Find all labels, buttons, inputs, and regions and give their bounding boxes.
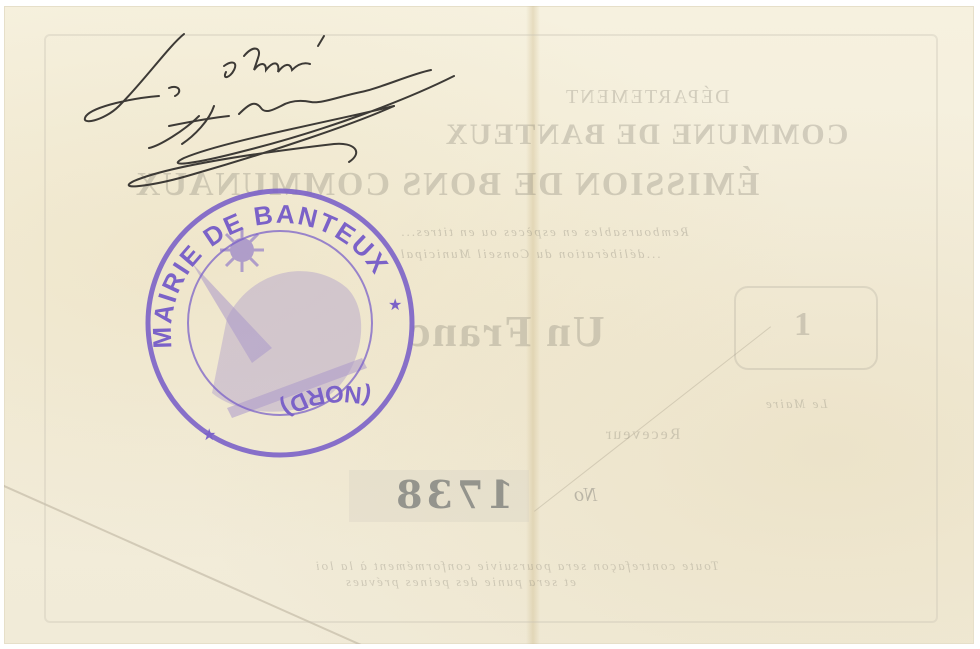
- value-digit: 1: [794, 306, 811, 344]
- banknote-reverse: DÉPARTEMENT COMMUNE DE BANTEUX ÉMISSION …: [4, 6, 974, 644]
- show-through-footer-a: Toute contrefaçon sera poursuivie confor…: [314, 558, 719, 574]
- svg-text:★: ★: [388, 297, 402, 314]
- show-through-footer-b: et sera punie des peines prévues: [344, 574, 576, 590]
- handwritten-signature-icon: [74, 26, 474, 196]
- show-through-denomination: Un Franc: [409, 306, 605, 357]
- serial-prefix: No: [574, 484, 597, 507]
- serial-number: 1738: [392, 472, 514, 517]
- show-through-line-b: ...délibération du Conseil Municipal: [399, 246, 660, 262]
- show-through-maire: Le Maire: [764, 396, 828, 412]
- show-through-commune: COMMUNE DE BANTEUX: [444, 118, 848, 152]
- show-through-line-a: Remboursables en espèces ou en titres...: [399, 224, 689, 240]
- mairie-stamp-icon: MAIRIE DE BANTEUX (NORD) ★ ★: [132, 178, 428, 468]
- svg-text:★: ★: [202, 427, 216, 444]
- show-through-receveur: Receveur: [604, 426, 680, 444]
- show-through-department: DÉPARTEMENT: [564, 86, 730, 109]
